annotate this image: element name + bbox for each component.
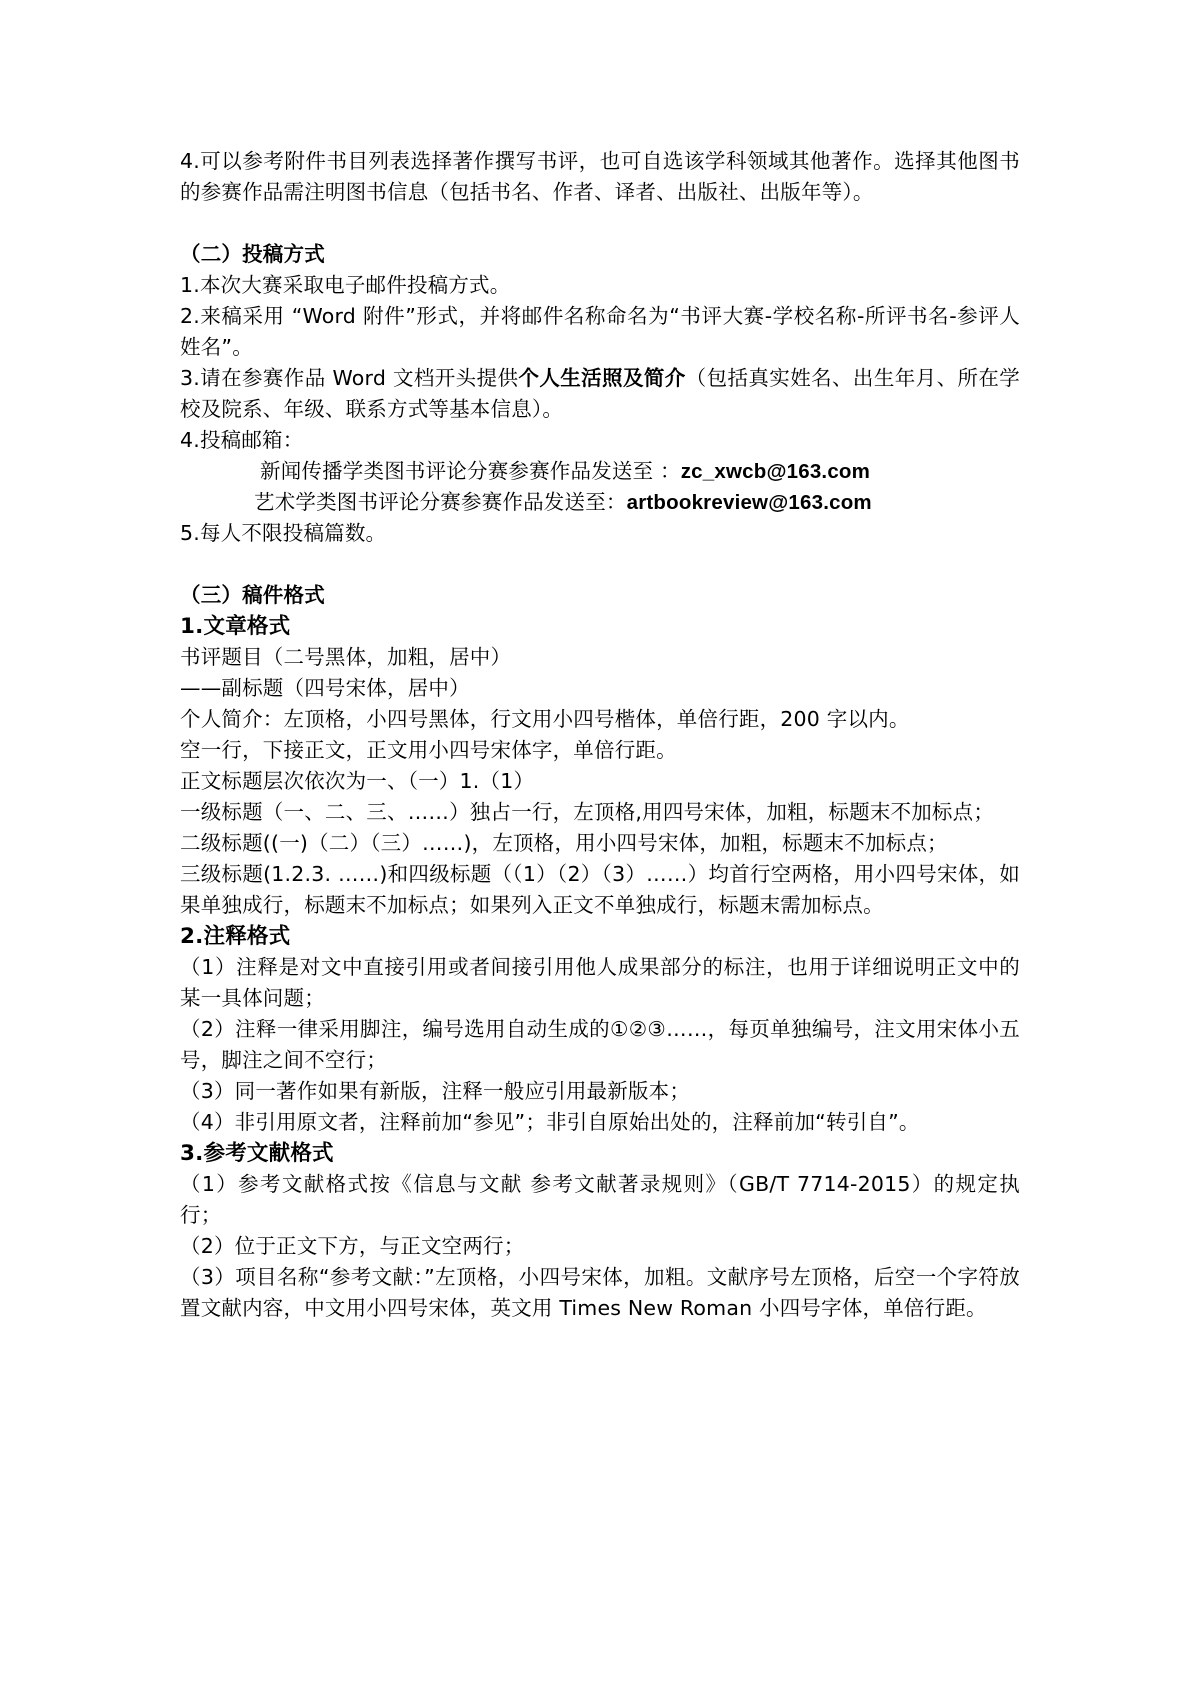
email2-label: 艺术学类图书评论分赛参赛作品发送至：	[254, 490, 627, 514]
article-line: 一级标题（一、二、三、……）独占一行，左顶格,用四号宋体，加粗，标题末不加标点；	[180, 797, 1020, 828]
email-line-journalism: 新闻传播学类图书评论分赛参赛作品发送至 ：zc_xwcb@163.com	[180, 456, 1020, 487]
notes-line: （4）非引用原文者，注释前加“参见”；非引自原始出处的，注释前加“转引自”。	[180, 1107, 1020, 1138]
article-format-heading: 1.文章格式	[180, 611, 1020, 642]
submission-item-5: 5.每人不限投稿篇数。	[180, 518, 1020, 549]
article-line: 二级标题((一)（二）（三）……)，左顶格，用小四号宋体，加粗，标题末不加标点；	[180, 828, 1020, 859]
article-line: 个人简介：左顶格，小四号黑体，行文用小四号楷体，单倍行距，200 字以内。	[180, 704, 1020, 735]
criteria-item-4: 4.可以参考附件书目列表选择著作撰写书评，也可自选该学科领域其他著作。选择其他图…	[180, 146, 1020, 208]
format-heading: （三）稿件格式	[180, 580, 1020, 611]
refs-line: （2）位于正文下方，与正文空两行；	[180, 1231, 1020, 1262]
notes-line: （2）注释一律采用脚注，编号选用自动生成的①②③……，每页单独编号，注文用宋体小…	[180, 1014, 1020, 1076]
submission-item-4: 4.投稿邮箱：	[180, 425, 1020, 456]
article-line: 空一行，下接正文，正文用小四号宋体字，单倍行距。	[180, 735, 1020, 766]
refs-line: （1）参考文献格式按《信息与文献 参考文献著录规则》（GB/T 7714-201…	[180, 1169, 1020, 1231]
article-line: ——副标题（四号宋体，居中）	[180, 673, 1020, 704]
submission-heading: （二）投稿方式	[180, 239, 1020, 270]
email-line-art: 艺术学类图书评论分赛参赛作品发送至：artbookreview@163.com	[180, 487, 1020, 518]
refs-format-heading: 3.参考文献格式	[180, 1138, 1020, 1169]
article-line: 书评题目（二号黑体，加粗，居中）	[180, 642, 1020, 673]
article-line: 三级标题(1.2.3. ……)和四级标题（（1）（2）（3）……）均首行空两格，…	[180, 859, 1020, 921]
document-page: 4.可以参考附件书目列表选择著作撰写书评，也可自选该学科领域其他著作。选择其他图…	[180, 146, 1020, 1324]
article-line: 正文标题层次依次为一、（一）1.（1）	[180, 766, 1020, 797]
email2-link[interactable]: artbookreview@163.com	[627, 491, 872, 514]
email1-link[interactable]: zc_xwcb@163.com	[681, 460, 870, 483]
spacer	[180, 549, 1020, 580]
notes-line: （1）注释是对文中直接引用或者间接引用他人成果部分的标注，也用于详细说明正文中的…	[180, 952, 1020, 1014]
notes-line: （3）同一著作如果有新版，注释一般应引用最新版本；	[180, 1076, 1020, 1107]
spacer	[180, 208, 1020, 239]
notes-format-heading: 2.注释格式	[180, 921, 1020, 952]
submission-item-2: 2.来稿采用 “Word 附件”形式，并将邮件名称命名为“书评大赛-学校名称-所…	[180, 301, 1020, 363]
item3-bold: 个人生活照及简介	[518, 366, 685, 390]
submission-item-3: 3.请在参赛作品 Word 文档开头提供个人生活照及简介（包括真实姓名、出生年月…	[180, 363, 1020, 425]
submission-item-1: 1.本次大赛采取电子邮件投稿方式。	[180, 270, 1020, 301]
refs-line: （3）项目名称“参考文献：”左顶格，小四号宋体，加粗。文献序号左顶格，后空一个字…	[180, 1262, 1020, 1324]
item3-prefix: 3.请在参赛作品 Word 文档开头提供	[180, 366, 518, 390]
email1-label: 新闻传播学类图书评论分赛参赛作品发送至 ：	[260, 459, 681, 483]
